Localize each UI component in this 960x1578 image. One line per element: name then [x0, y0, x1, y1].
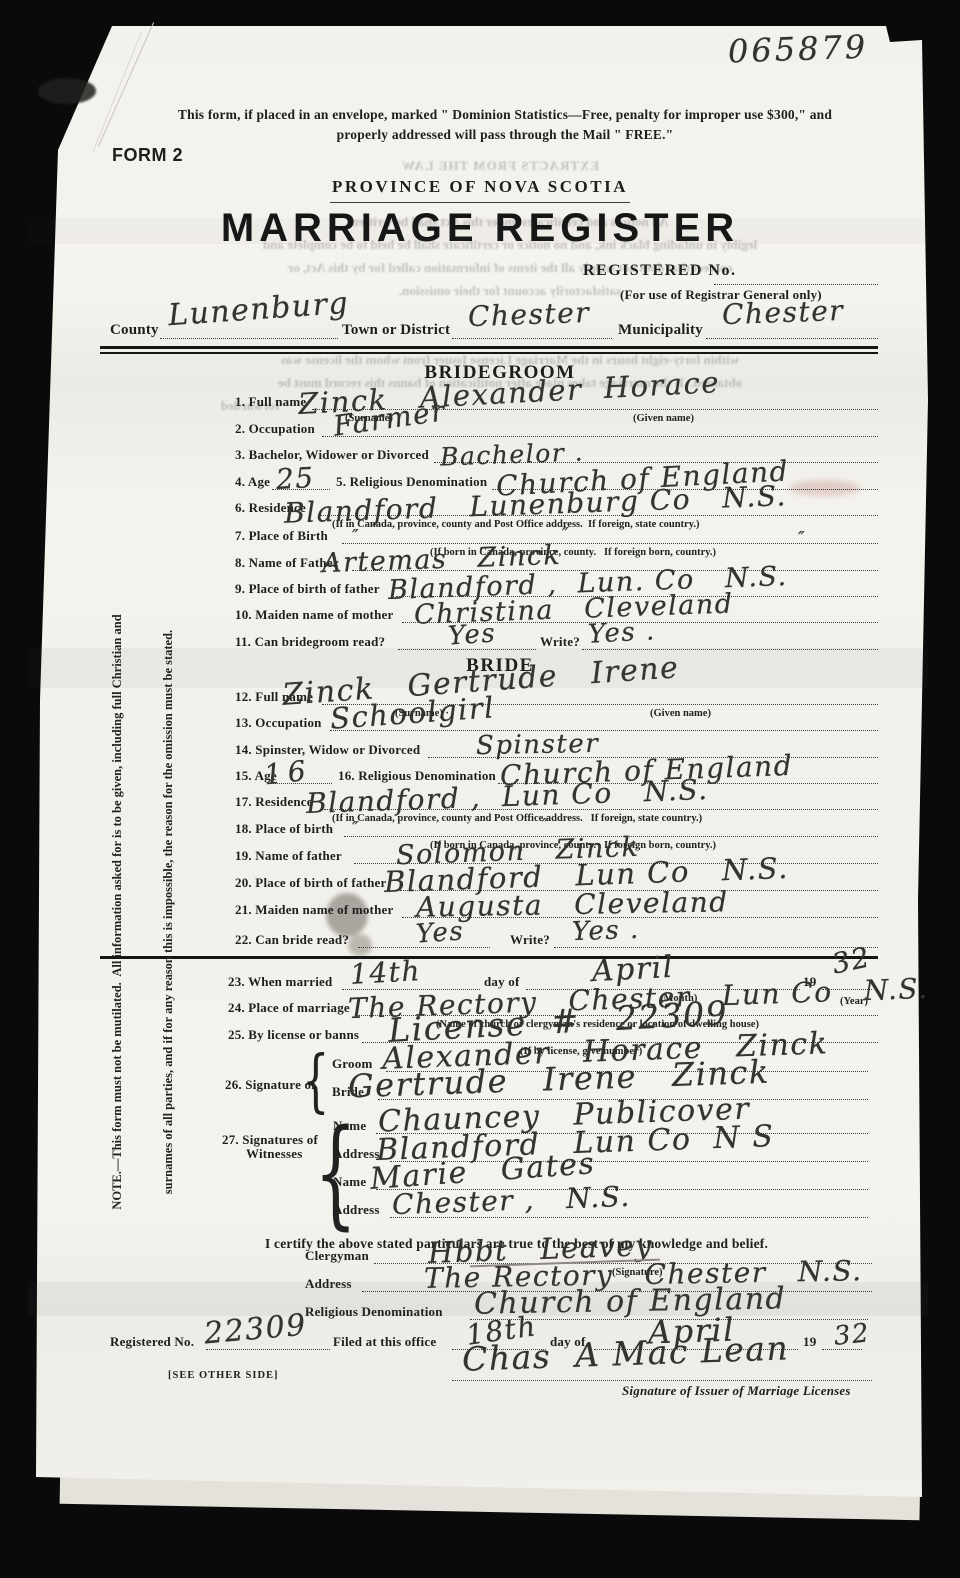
residence-note-groom: (If in Canada, province, county and Post… [332, 519, 700, 530]
field-label-bride-father-birthplace: 20. Place of birth of father [235, 876, 386, 891]
margin-note-line2: surnames of all parties, and if for any … [160, 587, 177, 1237]
field-label-license: 25. By license or banns [228, 1028, 359, 1043]
margin-note-line1: NOTE.—This form must not be mutilated. A… [109, 587, 126, 1237]
town-label: Town or District [342, 322, 450, 339]
section-rule [100, 346, 878, 349]
clergyman-label: Clergyman [305, 1249, 369, 1264]
filed-year: 32 [833, 1318, 872, 1352]
registered-label: Registered No. [110, 1335, 194, 1350]
denomination-label: Religious Denomination [305, 1305, 443, 1320]
field-label-bride-write: Write? [510, 933, 550, 948]
bleedthrough-line: correct that does not supply all the ite… [150, 260, 870, 276]
field-value-groom-read: Yes [447, 618, 497, 651]
field-label-bride-birthplace: 18. Place of birth [235, 822, 333, 837]
field-value-groom-age: 25 [275, 461, 315, 496]
field-label-groom-father-birthplace: 9. Place of birth of father [235, 582, 380, 597]
field-value-bride-age: 16 [262, 754, 313, 792]
field-value-when-day: 14th [349, 954, 422, 991]
province-title: PROVINCE OF NOVA SCOTIA [280, 177, 680, 197]
see-other-side-label: [SEE OTHER SIDE] [168, 1370, 279, 1382]
field-label-groom-birthplace: 7. Place of Birth [235, 529, 328, 544]
field-value-groom-write: Yes . [587, 616, 656, 650]
bleedthrough-line: EXTRACTS FROM THE LAW [330, 158, 670, 174]
ditto-mark: ″ [542, 815, 550, 836]
ditto-mark: ″ [562, 524, 570, 545]
mail-notice-line2: properly addressed will pass through the… [150, 127, 860, 143]
field-label-groom-religion: 5. Religious Denomination [336, 475, 487, 490]
ditto-mark: ″ [352, 526, 360, 547]
section-rule-thin [100, 352, 878, 354]
margin-note-vertical: NOTE.—This form must not be mutilated. A… [75, 587, 211, 1237]
field-label-bride-residence: 17. Residence [235, 795, 313, 810]
page-title: MARRIAGE REGISTER [180, 206, 780, 251]
issuer-signature-note: Signature of Issuer of Marriage Licenses [622, 1384, 851, 1399]
filed-year-prefix: 19 [803, 1335, 816, 1350]
field-label-bride-mother: 21. Maiden name of mother [235, 903, 393, 918]
field-label-bride-father: 19. Name of father [235, 849, 342, 864]
scanned-marriage-register-page: EXTRACTS FROM THE LAW All notices and ce… [0, 0, 960, 1578]
field-label-groom-occupation: 2. Occupation [235, 422, 315, 437]
county-label: County [110, 322, 159, 339]
registered-no-label: REGISTERED No. [583, 262, 736, 280]
field-label-place-of-marriage: 24. Place of marriage [228, 1001, 350, 1016]
mail-notice-line1: This form, if placed in an envelope, mar… [150, 107, 860, 123]
witness2-name-label: Name [333, 1175, 366, 1190]
field-label-groom-read: 11. Can bridegroom read? [235, 635, 385, 650]
field-label-bride-occupation: 13. Occupation [235, 716, 322, 731]
field-label-groom-mother: 10. Maiden name of mother [235, 608, 393, 623]
field-label-witnesses-2: Witnesses [246, 1147, 302, 1162]
clergyman-address-label: Address [305, 1277, 352, 1292]
witness1-address-label: Address [333, 1147, 380, 1162]
town-value: Chester [467, 296, 590, 333]
form-number-label: FORM 2 [112, 145, 183, 166]
municipality-label: Municipality [618, 322, 703, 339]
given-name-note: (Given name) [633, 413, 694, 424]
document-number: 065879 [727, 28, 868, 71]
residence-note-bride: (If in Canada, province, county and Post… [332, 813, 702, 824]
section-rule-2 [100, 956, 878, 959]
field-label-bride-read: 22. Can bride read? [235, 933, 349, 948]
ditto-mark: ″ [352, 818, 360, 839]
filed-label: Filed at this office [333, 1335, 436, 1350]
field-label-groom-status: 3. Bachelor, Widower or Divorced [235, 448, 429, 463]
witness1-name-label: Name [333, 1119, 366, 1134]
witness2-address-label: Address [333, 1203, 380, 1218]
field-label-bride-status: 14. Spinster, Widow or Divorced [235, 743, 420, 758]
field-label-when-married: 23. When married [228, 975, 332, 990]
province-underline [330, 202, 630, 203]
field-value-bride-read: Yes [415, 916, 465, 949]
given-name-note-bride: (Given name) [650, 708, 711, 719]
field-label-groom-full-name: 1. Full name [235, 395, 306, 410]
ditto-mark: ″ [798, 528, 806, 549]
field-value-bride-write: Yes . [571, 915, 640, 947]
field-label-groom-age: 4. Age [235, 475, 270, 490]
municipality-value: Chester [721, 294, 844, 331]
field-label-groom-write: Write? [540, 635, 580, 650]
